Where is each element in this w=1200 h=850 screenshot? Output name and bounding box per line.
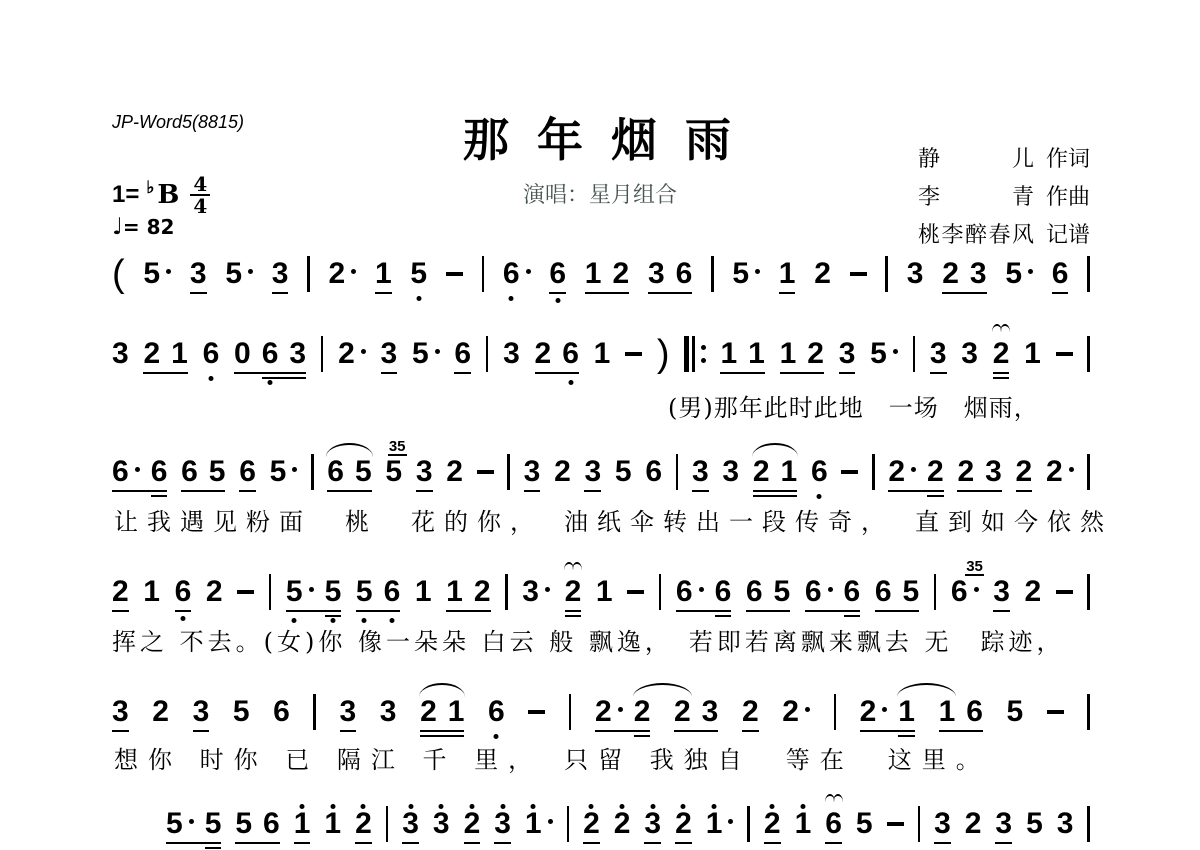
augmentation-dot (526, 269, 531, 274)
repeat-sign (684, 336, 706, 372)
note: 5 (356, 576, 373, 608)
mordent-icon (564, 562, 582, 568)
high-octave-dot (500, 804, 505, 809)
note-digit: 3 (970, 258, 987, 290)
note: 2 (860, 696, 888, 728)
note: 2 (993, 338, 1010, 370)
note-digit: 2 (554, 456, 571, 488)
note: 3 (522, 576, 550, 608)
beam-group: 23 (942, 258, 986, 290)
barline (1087, 256, 1090, 292)
note-digit: 2 (993, 338, 1010, 370)
note: 1 (294, 808, 311, 840)
note: 3 (112, 696, 129, 728)
beam-group: 65 (746, 576, 790, 608)
augmentation-dot (435, 349, 440, 354)
note-digit: 3 (494, 808, 511, 840)
note: 6 (951, 576, 979, 608)
barline (269, 574, 272, 610)
note: 2 (355, 808, 372, 840)
beam-group: 11 (720, 338, 764, 370)
note-digit: 5 (903, 576, 920, 608)
note-digit: 2 (1046, 456, 1063, 488)
barline (507, 454, 510, 490)
note: 2 (1016, 456, 1033, 488)
dash-note (477, 470, 494, 474)
note: 6 (676, 258, 693, 290)
augmentation-dot (351, 269, 356, 274)
note-digit: 6 (262, 338, 279, 370)
note: 1 (1024, 338, 1041, 370)
augmentation-dot (882, 707, 887, 712)
note-digit: 5 (235, 808, 252, 840)
note-digit: 6 (203, 338, 220, 370)
high-octave-dot (531, 804, 536, 809)
barline (834, 694, 837, 730)
note: 6 (273, 696, 290, 728)
note-digit: 5 (356, 576, 373, 608)
high-octave-dot (408, 804, 413, 809)
note-digit: 6 (503, 258, 520, 290)
note-digit: 3 (722, 456, 739, 488)
beam-group: 63 (262, 338, 306, 370)
note-digit: 5 (286, 576, 303, 608)
note: 3 (692, 456, 709, 488)
barline (321, 336, 324, 372)
note-digit: 1 (375, 258, 392, 290)
barline (918, 806, 921, 842)
note-digit: 3 (503, 338, 520, 370)
note-digit: 6 (175, 576, 192, 608)
note-digit: 3 (289, 338, 306, 370)
beam-group: 22 (595, 696, 650, 728)
note-digit: 1 (720, 338, 737, 370)
notation-line: 216255561123216665666563352 (112, 574, 1090, 610)
note: 5 (225, 258, 253, 290)
barline (307, 256, 310, 292)
note-digit: 6 (715, 576, 732, 608)
note-digit: 3 (993, 576, 1010, 608)
low-octave-dot (555, 298, 560, 303)
note-digit: 1 (596, 576, 613, 608)
note-digit: 6 (676, 576, 693, 608)
note-digit: 2 (474, 576, 491, 608)
credits-block: 静儿 作词 李青 作曲 桃李醉春风 记谱 (918, 142, 1090, 249)
note-digit: 5 (233, 696, 250, 728)
note: 5 (385, 456, 402, 488)
note-digit: 1 (1024, 338, 1041, 370)
note: 5 (903, 576, 920, 608)
note-digit: 3 (839, 338, 856, 370)
lyricist-role: 作词 (1046, 142, 1090, 173)
note-digit: 3 (402, 808, 419, 840)
note: 2 (1046, 456, 1074, 488)
note-digit: 6 (181, 456, 198, 488)
note: 1 (939, 696, 956, 728)
note: 3 (272, 258, 289, 290)
note-digit: 1 (324, 808, 341, 840)
note: 6 (239, 456, 256, 488)
repeat-dot (701, 345, 706, 350)
barline (1087, 454, 1090, 490)
beam-group: 55 (286, 576, 341, 608)
quarter-note-icon: ♩ (112, 214, 123, 240)
note: 5 (325, 576, 342, 608)
note-digit: 2 (329, 258, 346, 290)
high-octave-dot (800, 804, 805, 809)
augmentation-dot (728, 819, 733, 824)
note: 2 (554, 456, 571, 488)
note: 6 (384, 576, 401, 608)
low-octave-dot (509, 296, 514, 301)
augmentation-dot (1069, 467, 1074, 472)
high-octave-dot (439, 804, 444, 809)
dash-note (841, 470, 858, 474)
note: 5 (205, 808, 222, 840)
note-digit: 3 (272, 258, 289, 290)
high-octave-dot (770, 804, 775, 809)
note: 1 (375, 258, 392, 290)
meter-numerator: 4 (190, 174, 210, 196)
note-digit: 2 (675, 808, 692, 840)
beam-group: 23 (957, 456, 1001, 488)
note: 1 (780, 338, 797, 370)
beam-group: 21 (143, 338, 187, 370)
note: 6 (715, 576, 732, 608)
note: 2 (446, 456, 463, 488)
note: 2 (420, 696, 437, 728)
note: 5 (870, 338, 898, 370)
grace-notes: 35 (388, 439, 407, 456)
note: 1 (779, 258, 796, 290)
beam-group: 65 (181, 456, 225, 488)
note-digit: 1 (594, 338, 611, 370)
note-digit: 5 (410, 258, 427, 290)
beam-group: 23 (674, 696, 718, 728)
note-digit: 2 (807, 338, 824, 370)
lyric-line: 让我遇见粉面 桃 花的你， 油纸伞转出一段传奇， 直到如今依然 (114, 502, 1113, 537)
note-digit: 6 (875, 576, 892, 608)
tempo-value: = 82 (123, 215, 175, 239)
notation-line: 66656565533523235633216222322 (112, 454, 1090, 490)
beam-group: 66 (112, 456, 167, 488)
low-octave-dot (208, 376, 213, 381)
note-digit: 5 (774, 576, 791, 608)
augmentation-dot (755, 269, 760, 274)
note-digit: 6 (151, 456, 168, 488)
note-digit: 5 (732, 258, 749, 290)
note-digit: 5 (166, 808, 183, 840)
note-digit: 5 (385, 456, 402, 488)
note-digit: 3 (380, 696, 397, 728)
slur-arc (419, 683, 465, 697)
dash-note (625, 352, 642, 356)
repeat-dots (701, 345, 706, 363)
note: 335 (416, 456, 433, 488)
credit-transcriber: 桃李醉春风 记谱 (918, 218, 1090, 249)
note: 1 (415, 576, 432, 608)
note: 6 (454, 338, 471, 370)
transcriber-role: 记谱 (1046, 218, 1090, 249)
note-digit: 6 (811, 456, 828, 488)
note-digit: 6 (273, 696, 290, 728)
dash-note (446, 272, 463, 276)
note: 6 (844, 576, 861, 608)
note: 2 (206, 576, 223, 608)
note-digit: 6 (951, 576, 968, 608)
augmentation-dot (699, 587, 704, 592)
note: 2 (464, 808, 481, 840)
note: 3 (193, 696, 210, 728)
note-digit: 5 (205, 808, 222, 840)
note-digit: 5 (325, 576, 342, 608)
note: 2 (965, 808, 982, 840)
beam-group: 16 (939, 696, 983, 728)
note-digit: 1 (446, 576, 463, 608)
note: 6 (263, 808, 280, 840)
time-signature: 4 4 (190, 174, 210, 217)
note: 3 (907, 258, 924, 290)
notation-line: 321606323563261)1112353321 (112, 336, 1090, 372)
note: 6 (562, 338, 579, 370)
notation-line: 323563321622232221165 (112, 694, 1090, 730)
high-octave-dot (361, 804, 366, 809)
note-digit: 2 (1016, 456, 1033, 488)
note: 3 (985, 456, 1002, 488)
note: 6 (181, 456, 198, 488)
note: 2 (753, 456, 770, 488)
augmentation-dot (166, 269, 171, 274)
note-digit: 2 (112, 576, 129, 608)
beam-group: 56 (356, 576, 400, 608)
note: 5 (412, 338, 440, 370)
note-digit: 6 (488, 696, 505, 728)
sheet-music-page: JP-Word5(8815) 那 年 烟 雨 演唱：星月组合 1=♭B 4 4 … (0, 0, 1200, 850)
note-digit: 2 (446, 456, 463, 488)
note-digit: 5 (355, 456, 372, 488)
note-digit: 1 (898, 696, 915, 728)
note-digit: 5 (870, 338, 887, 370)
note: 3 (722, 456, 739, 488)
note-digit: 3 (995, 808, 1012, 840)
high-octave-dot (469, 804, 474, 809)
augmentation-dot (309, 587, 314, 592)
note-digit: 5 (856, 808, 873, 840)
note-digit: 3 (193, 696, 210, 728)
note: 3 (961, 338, 978, 370)
note: 5 (233, 696, 250, 728)
note-digit: 3 (340, 696, 357, 728)
note: 3 (995, 808, 1012, 840)
note: 6 (676, 576, 704, 608)
note: 2 (957, 456, 974, 488)
note-digit: 2 (888, 456, 905, 488)
note-digit: 3 (416, 456, 433, 488)
repeat-thin-bar (692, 336, 695, 372)
note: 1 (143, 576, 160, 608)
note: 1 (720, 338, 737, 370)
slur-arc (897, 683, 956, 697)
note: 3 (381, 338, 398, 370)
beam-group: 65 (875, 576, 919, 608)
note-digit: 5 (270, 456, 287, 488)
note: 0 (234, 338, 251, 370)
repeat-dot (701, 358, 706, 363)
barline (934, 574, 937, 610)
barline (567, 806, 570, 842)
augmentation-dot (545, 587, 550, 592)
note-digit: 2 (595, 696, 612, 728)
note-digit: 3 (644, 808, 661, 840)
note-digit: 2 (152, 696, 169, 728)
note-digit: 5 (1005, 258, 1022, 290)
note: 3 (433, 808, 450, 840)
note-digit: 6 (746, 576, 763, 608)
note: 5 (615, 456, 632, 488)
credit-composer: 李青 作曲 (918, 180, 1090, 211)
note-digit: 1 (415, 576, 432, 608)
note: 1 (324, 808, 341, 840)
beam-group: 12 (585, 258, 629, 290)
note: 5 (856, 808, 873, 840)
note-digit: 3 (190, 258, 207, 290)
note: 3 (702, 696, 719, 728)
note: 2 (152, 696, 169, 728)
barline (482, 256, 485, 292)
composer-name: 李青 (918, 180, 1034, 211)
note: 1 (594, 338, 611, 370)
note: 3 (648, 258, 665, 290)
slur-arc (326, 443, 372, 457)
note-digit: 2 (464, 808, 481, 840)
note-digit: 3 (934, 808, 951, 840)
note-digit: 6 (825, 808, 842, 840)
augmentation-dot (893, 349, 898, 354)
note: 2 (329, 258, 357, 290)
note-digit: 1 (143, 576, 160, 608)
note-digit: 5 (143, 258, 160, 290)
beam-group: 36 (648, 258, 692, 290)
barline (569, 694, 572, 730)
meter-denominator: 4 (193, 196, 207, 216)
note-digit: 2 (927, 456, 944, 488)
barline (313, 694, 316, 730)
note: 2 (927, 456, 944, 488)
note-digit: 1 (748, 338, 765, 370)
note: 2 (814, 258, 831, 290)
note-digit: 6 (1052, 258, 1069, 290)
note: 3 (970, 258, 987, 290)
note-digit: 1 (781, 456, 798, 488)
note-digit: 6 (239, 456, 256, 488)
note: 2 (634, 696, 651, 728)
note: 3 (402, 808, 419, 840)
note-digit: 5 (225, 258, 242, 290)
barline (913, 336, 916, 372)
low-octave-dot (416, 296, 421, 301)
note: 3 (930, 338, 947, 370)
note: 5 (1026, 808, 1043, 840)
note: 3 (839, 338, 856, 370)
high-octave-dot (300, 804, 305, 809)
note: 2 (535, 338, 552, 370)
note: 2 (612, 258, 629, 290)
note-digit: 6 (112, 456, 129, 488)
high-octave-dot (620, 804, 625, 809)
note-digit: 3 (692, 456, 709, 488)
note-digit: 2 (535, 338, 552, 370)
note: 1 (898, 696, 915, 728)
note: 3 (524, 456, 541, 488)
barline (1087, 574, 1090, 610)
beam-group: 26 (535, 338, 579, 370)
barline (1087, 694, 1090, 730)
note: 2 (807, 338, 824, 370)
note-digit: 5 (412, 338, 429, 370)
note-digit: 2 (612, 258, 629, 290)
note: 3 (1057, 808, 1074, 840)
note: 1 (748, 338, 765, 370)
note-digit: 6 (454, 338, 471, 370)
barline (872, 454, 875, 490)
barline (711, 256, 714, 292)
grace-notes: 35 (965, 559, 984, 576)
dash-note (1056, 352, 1073, 356)
note-digit: 1 (525, 808, 542, 840)
note-digit: 3 (522, 576, 539, 608)
note: 2 (614, 808, 631, 840)
note: 5 (143, 258, 171, 290)
lyric-line: 挥之 不去。(女)你 像一朵朵 白云 般 飘逸， 若即若离飘来飘去 无 踪迹， (112, 622, 1065, 657)
note: 1 (525, 808, 553, 840)
note-digit: 6 (844, 576, 861, 608)
note: 6 (746, 576, 763, 608)
note-digit: 6 (327, 456, 344, 488)
barline (747, 806, 750, 842)
low-octave-dot (268, 380, 273, 385)
beam-group: 21 (420, 696, 464, 728)
note-digit: 3 (524, 456, 541, 488)
note: 3 (380, 696, 397, 728)
note: 5 (1007, 696, 1024, 728)
note-digit: 2 (942, 258, 959, 290)
composer-role: 作曲 (1046, 180, 1090, 211)
note: 2 (888, 456, 916, 488)
high-octave-dot (681, 804, 686, 809)
note: 1 (585, 258, 602, 290)
note: 1 (781, 456, 798, 488)
note-digit: 2 (965, 808, 982, 840)
augmentation-dot (135, 467, 140, 472)
barline (659, 574, 662, 610)
note-digit: 5 (1007, 696, 1024, 728)
beam-group: 66 (676, 576, 731, 608)
note-digit: 2 (742, 696, 759, 728)
slur-arc (752, 443, 798, 457)
note: 3 (584, 456, 601, 488)
barline (1087, 806, 1090, 842)
beam-group: 56 (235, 808, 279, 840)
repeat-thick-bar (684, 336, 689, 372)
note: 3 (503, 338, 520, 370)
note-digit: 2 (420, 696, 437, 728)
note: 6 (966, 696, 983, 728)
beam-group: 65 (327, 456, 371, 488)
note-digit: 2 (860, 696, 877, 728)
note: 6 (825, 808, 842, 840)
lyric-line: (男)那年此时此地 一场 烟雨， (668, 388, 1039, 423)
credit-lyricist: 静儿 作词 (918, 142, 1090, 173)
